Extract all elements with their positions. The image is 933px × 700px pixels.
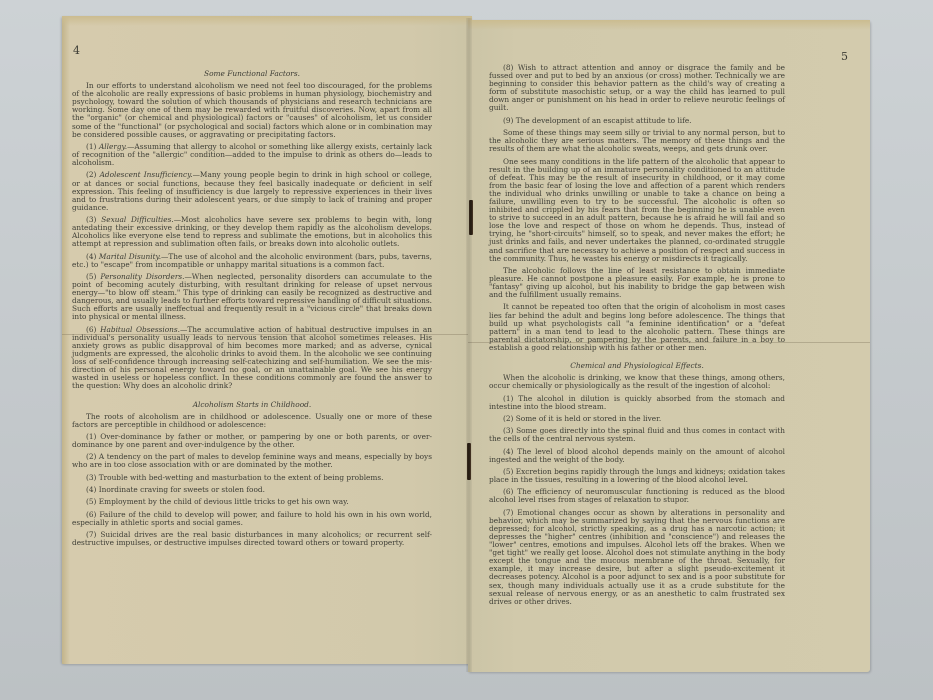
factor-marital-disunity: (4) Marital Disunity.—The use of alcohol…: [72, 253, 432, 269]
childhood-item: (7) Suicidal drives are the real basic d…: [72, 531, 432, 547]
section-heading-chemical-effects: Chemical and Physiological Effects.: [489, 362, 785, 370]
body-paragraph: The alcoholic follows the line of least …: [489, 267, 785, 299]
childhood-item: (3) Trouble with bed-wetting and masturb…: [72, 474, 432, 482]
body-paragraph: One sees many conditions in the life pat…: [489, 158, 785, 263]
effect-item: (4) The level of blood alcohol depends m…: [489, 448, 785, 464]
body-paragraph: It cannot be repeated too often that the…: [489, 303, 785, 352]
right-page-text: (8) Wish to attract attention and annoy …: [489, 64, 785, 610]
factor-habitual-obsessions: (6) Habitual Obsessions.—The accumulativ…: [72, 326, 432, 391]
childhood-item: (2) A tendency on the part of males to d…: [72, 453, 432, 469]
factor-adolescent-insufficiency: (2) Adolescent Insufficiency.—Many young…: [72, 171, 432, 211]
intro-paragraph: In our efforts to understand alcoholism …: [72, 82, 432, 139]
childhood-item: (1) Over-dominance by father or mother, …: [72, 433, 432, 449]
effect-item: (7) Emotional changes occur as shown by …: [489, 509, 785, 606]
childhood-item-continued: (9) The development of an escapist attit…: [489, 117, 785, 125]
effects-intro: When the alcoholic is drinking, we know …: [489, 374, 785, 390]
childhood-item-continued: (8) Wish to attract attention and annoy …: [489, 64, 785, 113]
factor-personality-disorders: (5) Personality Disorders.—When neglecte…: [72, 273, 432, 322]
staple-top-icon: [469, 200, 473, 235]
left-page-text: Some Functional Factors. In our efforts …: [72, 70, 432, 551]
effect-item: (3) Some goes directly into the spinal f…: [489, 427, 785, 443]
effect-item: (1) The alcohol in dilution is quickly a…: [489, 395, 785, 411]
effect-item: (6) The efficiency of neuromuscular func…: [489, 488, 785, 504]
page-number-right: 5: [841, 50, 848, 63]
childhood-intro: The roots of alcoholism are in childhood…: [72, 413, 432, 429]
page-number-left: 4: [73, 44, 80, 57]
staple-bottom-icon: [467, 443, 471, 480]
body-paragraph: Some of these things may seem silly or t…: [489, 129, 785, 153]
right-page: 5 (8) Wish to attract attention and anno…: [468, 20, 870, 672]
left-page: 4 Some Functional Factors. In our effort…: [62, 16, 472, 664]
childhood-item: (6) Failure of the child to develop will…: [72, 511, 432, 527]
section-heading-functional-factors: Some Functional Factors.: [72, 70, 432, 78]
effect-item: (2) Some of it is held or stored in the …: [489, 415, 785, 423]
childhood-item: (5) Employment by the child of devious l…: [72, 498, 432, 506]
section-heading-childhood: Alcoholism Starts in Childhood.: [72, 401, 432, 409]
factor-allergy: (1) Allergy.—Assuming that allergy to al…: [72, 143, 432, 167]
factor-sexual-difficulties: (3) Sexual Difficulties.—Most alcoholics…: [72, 216, 432, 248]
binding-gutter: [466, 18, 472, 672]
childhood-item: (4) Inordinate craving for sweets or sto…: [72, 486, 432, 494]
effect-item: (5) Excretion begins rapidly through the…: [489, 468, 785, 484]
